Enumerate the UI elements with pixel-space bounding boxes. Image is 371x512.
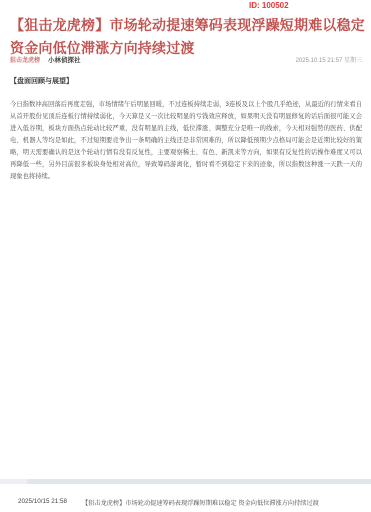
article-body-paragraph: 今日指数冲高回落后再度走强，市场情绪午后明显回暖，不过连板持续走弱，3连板及以上… [10, 99, 362, 183]
horizontal-scrollbar-track[interactable] [0, 479, 371, 484]
print-footer-title: 【狙击龙虎榜】市场轮动提速筹码表现浮躁短期难以稳定 资金向低位滞涨方向持续过渡 [82, 498, 319, 507]
section-header-market-review: 【盘面回顾与展望】 [10, 76, 73, 86]
article-title: 【狙击龙虎榜】市场轮动提速筹码表现浮躁短期难以稳定 资金向低位滞涨方向持续过渡 [10, 14, 366, 60]
article-meta: 狙击龙虎榜 小林侦探社 2025.10.15 21:57 星期三 [10, 55, 362, 64]
article-publish-datetime: 2025.10.15 21:57 星期三 [296, 55, 362, 64]
horizontal-scrollbar-gutter [0, 479, 27, 484]
article-page: ID: 100502 【狙击龙虎榜】市场轮动提速筹码表现浮躁短期难以稳定 资金向… [0, 0, 371, 512]
document-id-badge: ID: 100502 [249, 1, 289, 10]
article-author: 小林侦探社 [48, 55, 81, 64]
print-footer-datetime: 2025/10/15 21:58 [18, 498, 67, 505]
article-tag-label: 狙击龙虎榜 [10, 55, 40, 64]
